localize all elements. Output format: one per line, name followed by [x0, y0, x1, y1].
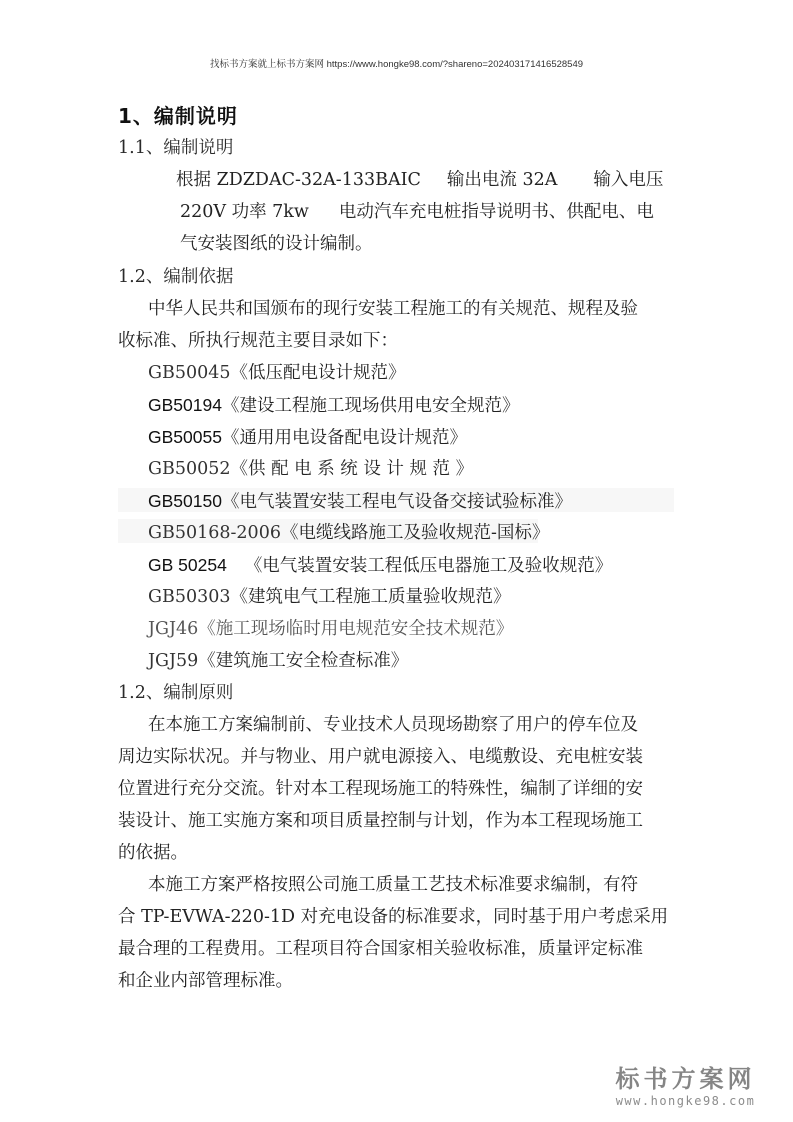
standard-code: GB50194	[148, 395, 222, 415]
standard-title: 《电气装置安装工程低压电器施工及验收规范》	[245, 556, 613, 576]
watermark-logo: 标书方案网 www.hongke98.com	[598, 1059, 773, 1108]
standard-item: GB50055《通用用电设备配电设计规范》	[148, 425, 467, 450]
standard-code: GB50055	[148, 427, 222, 447]
paragraph-line: 中华人民共和国颁布的现行安装工程施工的有关规范、规程及验	[148, 297, 638, 321]
logo-url: www.hongke98.com	[598, 1094, 773, 1108]
paragraph-line: 220V 功率 7kw电动汽车充电桩指导说明书、供配电、电	[180, 200, 654, 224]
paragraph-line: 合 TP-EVWA-220-1D 对充电设备的标准要求，同时基于用户考虑采用	[118, 905, 668, 929]
standard-title: 《供 配 电 系 统 设 计 规 范 》	[231, 459, 474, 479]
standard-title: 《电缆线路施工及验收规范-国标》	[281, 523, 549, 543]
section-title: 1、编制说明	[118, 100, 238, 129]
paragraph-line: 和企业内部管理标准。	[118, 969, 293, 993]
standard-title: 《建筑施工安全检查标准》	[198, 651, 408, 671]
standard-code: GB50052	[148, 459, 231, 479]
standard-code: GB 50254	[148, 555, 227, 575]
standard-title: 《通用用电设备配电设计规范》	[222, 428, 467, 448]
subsection-heading-1-1: 1.1、编制说明	[118, 136, 233, 160]
standard-code: GB50168-2006	[148, 523, 281, 543]
standard-title: 《建设工程施工现场供用电安全规范》	[222, 396, 520, 416]
standard-item: GB50303《建筑电气工程施工质量验收规范》	[148, 585, 511, 609]
paragraph-line: 位置进行充分交流。针对本工程现场施工的特殊性，编制了详细的安	[118, 777, 643, 801]
reference-docs-text: 电动汽车充电桩指导说明书、供配电、电	[339, 202, 654, 222]
standard-item: GB50045《低压配电设计规范》	[148, 361, 406, 385]
standard-title: 《低压配电设计规范》	[231, 363, 406, 383]
input-voltage-label: 输入电压	[593, 170, 663, 190]
paragraph-line: 装设计、施工实施方案和项目质量控制与计划，作为本工程现场施工	[118, 809, 643, 833]
standard-title: 《建筑电气工程施工质量验收规范》	[231, 587, 511, 607]
paragraph-line: 的依据。	[118, 841, 188, 865]
voltage-power-text: 220V 功率 7kw	[180, 202, 309, 222]
standard-item: JGJ59《建筑施工安全检查标准》	[148, 649, 408, 673]
paragraph-line: 收标准、所执行规范主要目录如下：	[118, 329, 398, 353]
output-current-text: 输出电流 32A	[447, 170, 557, 190]
standard-code: GB50150	[148, 491, 222, 511]
standard-title: 《电气装置安装工程电气设备交接试验标准》	[222, 492, 572, 512]
paragraph-line: 最合理的工程费用。工程项目符合国家相关验收标准，质量评定标准	[118, 937, 643, 961]
logo-title: 标书方案网	[598, 1059, 773, 1094]
paragraph-line: 本施工方案严格按照公司施工质量工艺技术标准要求编制，有符	[148, 873, 638, 897]
watermark-header: 找标书方案就上标书方案网 https://www.hongke98.com/?s…	[0, 56, 793, 70]
subsection-heading-principles: 1.2、编制原则	[118, 681, 233, 705]
standard-item: JGJ46《施工现场临时用电规范安全技术规范》	[148, 617, 513, 641]
standard-item: GB50168-2006《电缆线路施工及验收规范-国标》	[148, 521, 549, 545]
standard-code: GB50303	[148, 587, 231, 607]
standard-title: 《施工现场临时用电规范安全技术规范》	[198, 619, 513, 639]
standard-code: JGJ59	[148, 651, 198, 671]
standard-item: GB50194《建设工程施工现场供用电安全规范》	[148, 393, 519, 418]
model-text: 根据 ZDZDAC-32A-133BAIC	[176, 170, 421, 190]
standard-item: GB50052《供 配 电 系 统 设 计 规 范 》	[148, 457, 473, 481]
subsection-heading-1-2: 1.2、编制依据	[118, 265, 233, 289]
standard-code: GB50045	[148, 363, 231, 383]
standard-code: JGJ46	[148, 619, 198, 639]
paragraph-line: 气安装图纸的设计编制。	[180, 232, 373, 256]
standard-item: GB50150《电气装置安装工程电气设备交接试验标准》	[148, 489, 572, 514]
standard-item: GB 50254《电气装置安装工程低压电器施工及验收规范》	[148, 553, 612, 578]
paragraph-line: 根据 ZDZDAC-32A-133BAIC输出电流 32A输入电压	[176, 168, 663, 192]
paragraph-line: 周边实际状况。并与物业、用户就电源接入、电缆敷设、充电桩安装	[118, 745, 643, 769]
paragraph-line: 在本施工方案编制前、专业技术人员现场勘察了用户的停车位及	[148, 713, 638, 737]
